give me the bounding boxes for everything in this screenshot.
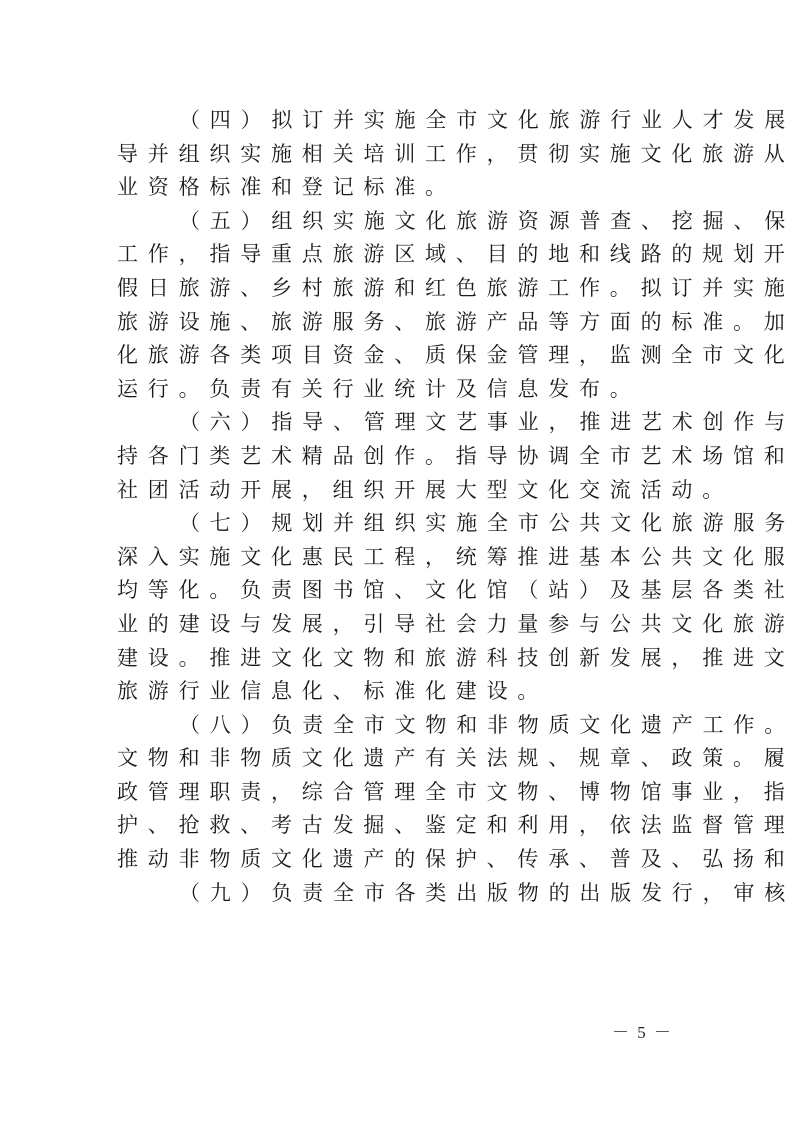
text-line: （六）指导、管理文艺事业，推进艺术创作与生产，扶 xyxy=(117,406,677,440)
paragraph-7: （七）规划并组织实施全市公共文化旅游服务体系建设。 深入实施文化惠民工程，统筹推… xyxy=(117,507,677,709)
paragraph-6: （六）指导、管理文艺事业，推进艺术创作与生产，扶 持各门类艺术精品创作。指导协调… xyxy=(117,406,677,507)
text-line: 均等化。负责图书馆、文化馆（站）及基层各类社会文化事 xyxy=(117,574,677,608)
text-line: 政管理职责，综合管理全市文物、博物馆事业，指导文物保 xyxy=(117,776,677,810)
paragraph-4: （四）拟订并实施全市文化旅游行业人才发展规划。指 导并组织实施相关培训工作，贯彻… xyxy=(117,104,677,205)
text-line: （四）拟订并实施全市文化旅游行业人才发展规划。指 xyxy=(117,104,677,138)
text-line: 持各门类艺术精品创作。指导协调全市艺术场馆和艺术院团 xyxy=(117,440,677,474)
text-line: 化旅游各类项目资金、质保金管理，监测全市文化旅游经济 xyxy=(117,339,677,373)
text-line: 社团活动开展，组织开展大型文化交流活动。 xyxy=(117,474,677,508)
document-page: （四）拟订并实施全市文化旅游行业人才发展规划。指 导并组织实施相关培训工作，贯彻… xyxy=(0,0,793,1122)
text-line: 文物和非物质文化遗产有关法规、规章、政策。履行文物行 xyxy=(117,742,677,776)
paragraph-5: （五）组织实施文化旅游资源普查、挖掘、保护和利用 工作，指导重点旅游区域、目的地… xyxy=(117,205,677,407)
text-line: 工作，指导重点旅游区域、目的地和线路的规划开发，推进 xyxy=(117,238,677,272)
text-line: 旅游行业信息化、标准化建设。 xyxy=(117,675,677,709)
paragraph-9: （九）负责全市各类出版物的出版发行，审核并报批出 xyxy=(117,877,677,911)
text-line: 业资格标准和登记标准。 xyxy=(117,171,677,205)
text-line: （五）组织实施文化旅游资源普查、挖掘、保护和利用 xyxy=(117,205,677,239)
text-line: 导并组织实施相关培训工作，贯彻实施文化旅游从业人员职 xyxy=(117,138,677,172)
text-line: 假日旅游、乡村旅游和红色旅游工作。拟订并实施旅游区、 xyxy=(117,272,677,306)
document-body: （四）拟订并实施全市文化旅游行业人才发展规划。指 导并组织实施相关培训工作，贯彻… xyxy=(117,104,677,910)
text-line: 推动非物质文化遗产的保护、传承、普及、弘扬和振兴。 xyxy=(117,843,677,877)
page-number: － 5 － xyxy=(612,1018,673,1043)
text-line: 深入实施文化惠民工程，统筹推进基本公共文化服务标准化、 xyxy=(117,541,677,575)
text-line: 护、抢救、考古发掘、鉴定和利用，依法监督管理文物市场。 xyxy=(117,809,677,843)
text-line: （八）负责全市文物和非物质文化遗产工作。监督实施 xyxy=(117,709,677,743)
text-line: 业的建设与发展，引导社会力量参与公共文化旅游服务体系 xyxy=(117,608,677,642)
text-line: （七）规划并组织实施全市公共文化旅游服务体系建设。 xyxy=(117,507,677,541)
text-line: 旅游设施、旅游服务、旅游产品等方面的标准。加强市级文 xyxy=(117,306,677,340)
text-line: 建设。推进文化文物和旅游科技创新发展，推进文化文物和 xyxy=(117,642,677,676)
text-line: （九）负责全市各类出版物的出版发行，审核并报批出 xyxy=(117,877,677,911)
paragraph-8: （八）负责全市文物和非物质文化遗产工作。监督实施 文物和非物质文化遗产有关法规、… xyxy=(117,709,677,877)
text-line: 运行。负责有关行业统计及信息发布。 xyxy=(117,373,677,407)
